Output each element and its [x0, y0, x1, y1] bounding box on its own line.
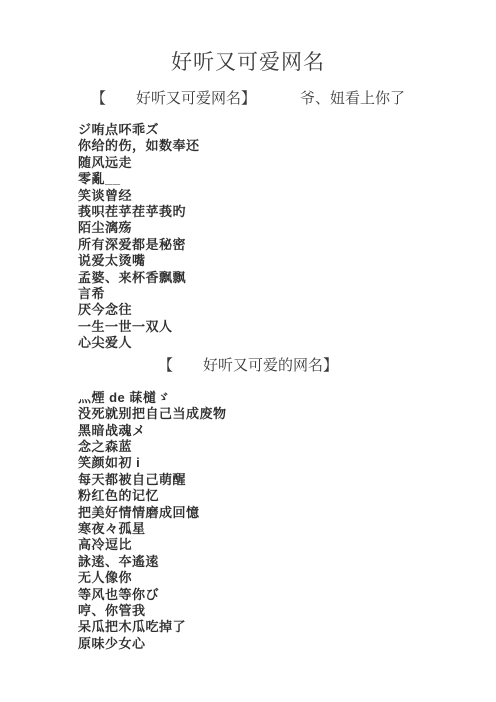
- list-item: 原味少女心: [78, 636, 496, 652]
- list-item: 等风也等你び: [78, 587, 496, 603]
- list-item: 无人像你: [78, 570, 496, 586]
- list-item: 心尖爱人: [78, 335, 496, 351]
- name-list-2: 灬煙 de 菋檤ゞ没死就别把自己当成废物黑暗战魂メ念之森蓝笑颜如初 i每天都被自…: [0, 390, 496, 653]
- list-item: 呆瓜把木瓜吃掉了: [78, 619, 496, 635]
- page-title: 好听又可爱网名: [0, 0, 496, 76]
- list-item: 莪呮茬苸茬苸莪旳: [78, 204, 496, 220]
- list-item: 笑谈曾经: [78, 188, 496, 204]
- list-item: 高冷逗比: [78, 537, 496, 553]
- list-item: 每天都被自己萌醒: [78, 472, 496, 488]
- list-item: 你给的伤，如数奉还: [78, 138, 496, 154]
- section1-bracket-label: 【 好听又可爱网名】: [91, 91, 256, 107]
- section2-header: 【 好听又可爱的网名】: [0, 354, 496, 375]
- list-item: 言希: [78, 286, 496, 302]
- list-item: 黑暗战魂メ: [78, 423, 496, 439]
- list-item: 说爱太烫嘴: [78, 253, 496, 269]
- list-item: 所有深爱都是秘密: [78, 237, 496, 253]
- list-item: 厌今念往: [78, 302, 496, 318]
- list-item: 把美好情情磨成回憶: [78, 505, 496, 521]
- list-item: 没死就别把自己当成废物: [78, 406, 496, 422]
- list-item: 一生一世一双人: [78, 319, 496, 335]
- list-item: 哼、你管我: [78, 603, 496, 619]
- section1-side-text: 爷、妞看上你了: [300, 91, 405, 107]
- list-item: 笑颜如初 i: [78, 455, 496, 471]
- list-item: 詠逺、夲遙逺: [78, 554, 496, 570]
- section1-header: 【 好听又可爱网名】爷、妞看上你了: [0, 87, 496, 108]
- list-item: 念之森蓝: [78, 439, 496, 455]
- list-item: 陌尘漓殇: [78, 220, 496, 236]
- list-item: 随风远走: [78, 155, 496, 171]
- list-item: 灬煙 de 菋檤ゞ: [78, 390, 496, 406]
- list-item: 孟婆、来杯香飘飘: [78, 270, 496, 286]
- name-list-1: ジ哊点吥乖ズ你给的伤，如数奉还随风远走零亂__笑谈曾经莪呮茬苸茬苸莪旳陌尘漓殇所…: [0, 122, 496, 352]
- list-item: 零亂__: [78, 171, 496, 187]
- list-item: 粉红色的记忆: [78, 488, 496, 504]
- list-item: ジ哊点吥乖ズ: [78, 122, 496, 138]
- list-item: 寒夜々孤星: [78, 521, 496, 537]
- document-page: 好听又可爱网名 【 好听又可爱网名】爷、妞看上你了 ジ哊点吥乖ズ你给的伤，如数奉…: [0, 0, 496, 702]
